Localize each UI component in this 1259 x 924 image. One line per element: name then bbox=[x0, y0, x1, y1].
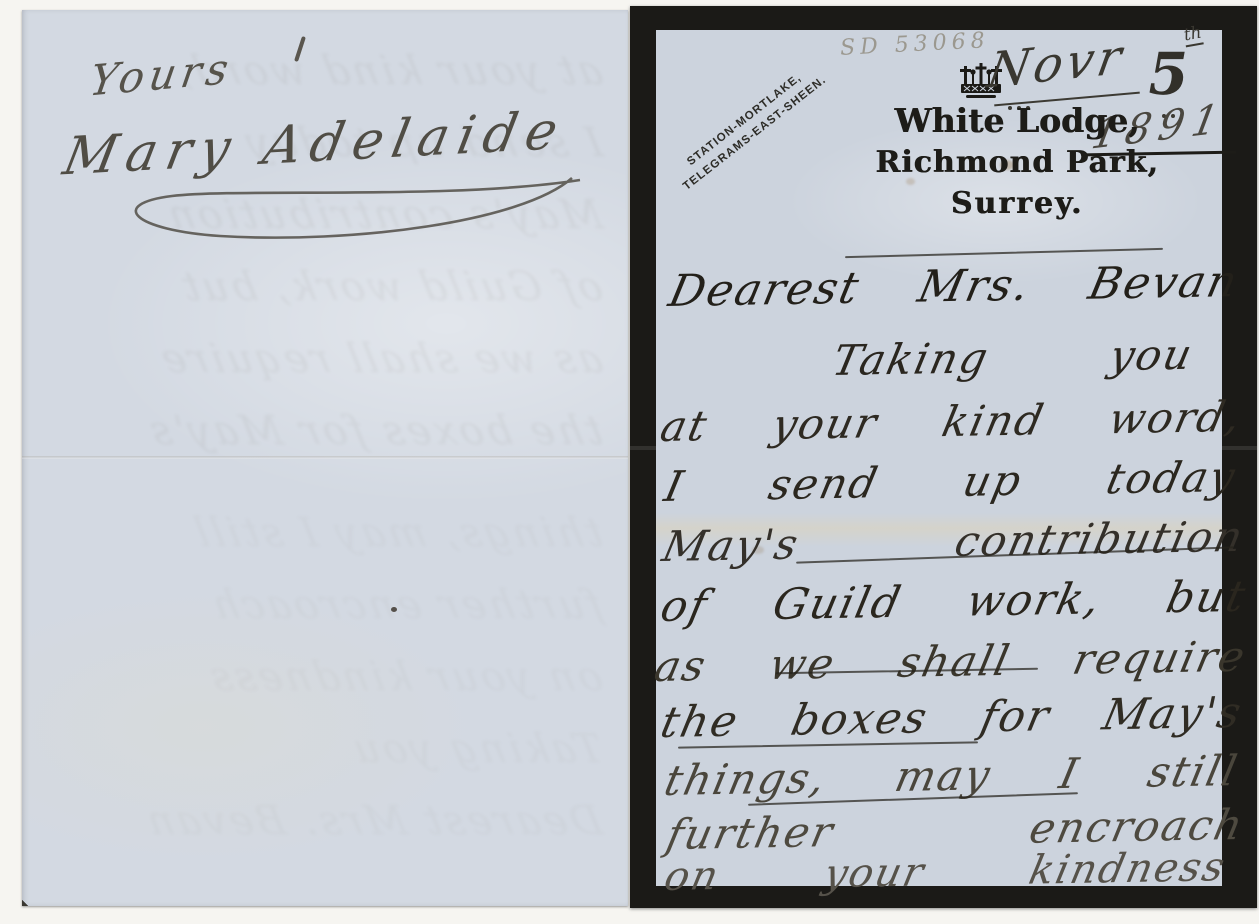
letter-page-right: STATION-MORTLAKE, TELEGRAMS-EAST-SHEEN. … bbox=[656, 30, 1222, 886]
bleed-through-line: Taking you bbox=[37, 726, 607, 772]
body-line-4: I send up today bbox=[660, 452, 1241, 512]
signature-flourish bbox=[52, 160, 612, 270]
signature-closing: Yours bbox=[86, 43, 236, 105]
body-line-3: at your kind word, bbox=[656, 392, 1247, 452]
page-corner-mark bbox=[22, 896, 32, 906]
letter-page-left: at your kind word, I send up today May's… bbox=[22, 10, 628, 906]
pencil-archive-number: SD 53068 bbox=[839, 28, 990, 61]
body-line-11: on your kindness bbox=[660, 844, 1230, 902]
bleed-through-line: as we shall require bbox=[37, 336, 607, 382]
bleed-through-line: things, may I still bbox=[37, 510, 607, 556]
bleed-through-line: further encroach bbox=[37, 582, 607, 628]
date-day-suffix: th bbox=[1182, 23, 1203, 48]
pen-stroke bbox=[294, 36, 306, 62]
bleed-through-line: of Guild work, but bbox=[37, 264, 607, 310]
mourning-black-border: STATION-MORTLAKE, TELEGRAMS-EAST-SHEEN. … bbox=[630, 6, 1257, 908]
station-line: STATION-MORTLAKE, bbox=[642, 37, 848, 203]
telegrams-line: TELEGRAMS-EAST-SHEEN. bbox=[652, 51, 858, 217]
body-line-2: Taking you bbox=[828, 330, 1198, 387]
body-line-6: of Guild work, but bbox=[656, 572, 1251, 634]
body-line-1: Dearest Mrs. Bevan bbox=[664, 256, 1243, 319]
ink-spot bbox=[391, 607, 397, 612]
letter-scan: at your kind word, I send up today May's… bbox=[0, 0, 1259, 924]
bleed-through-line: the boxes for May's bbox=[37, 408, 607, 454]
address-line-3: Surrey. bbox=[852, 189, 1182, 219]
date-month: Novr bbox=[983, 28, 1129, 100]
bleed-through-line: Dearest Mrs. Bevan bbox=[37, 798, 607, 844]
fold-crease bbox=[22, 456, 628, 459]
letterhead-station-block: STATION-MORTLAKE, TELEGRAMS-EAST-SHEEN. bbox=[642, 37, 858, 216]
letterhead-address: White Lodge, Richmond Park, Surrey. bbox=[852, 104, 1182, 219]
bleed-through-line: on your kindness bbox=[37, 654, 607, 700]
body-line-7: as we shall require bbox=[650, 632, 1251, 693]
body-line-5: May's contribution bbox=[658, 512, 1249, 572]
date-day: 5 bbox=[1142, 40, 1194, 108]
address-line-2: Richmond Park, bbox=[852, 148, 1182, 178]
address-line-1: White Lodge, bbox=[852, 104, 1182, 137]
pen-flourish bbox=[845, 248, 1163, 258]
body-line-8: the boxes for May's bbox=[656, 688, 1247, 750]
